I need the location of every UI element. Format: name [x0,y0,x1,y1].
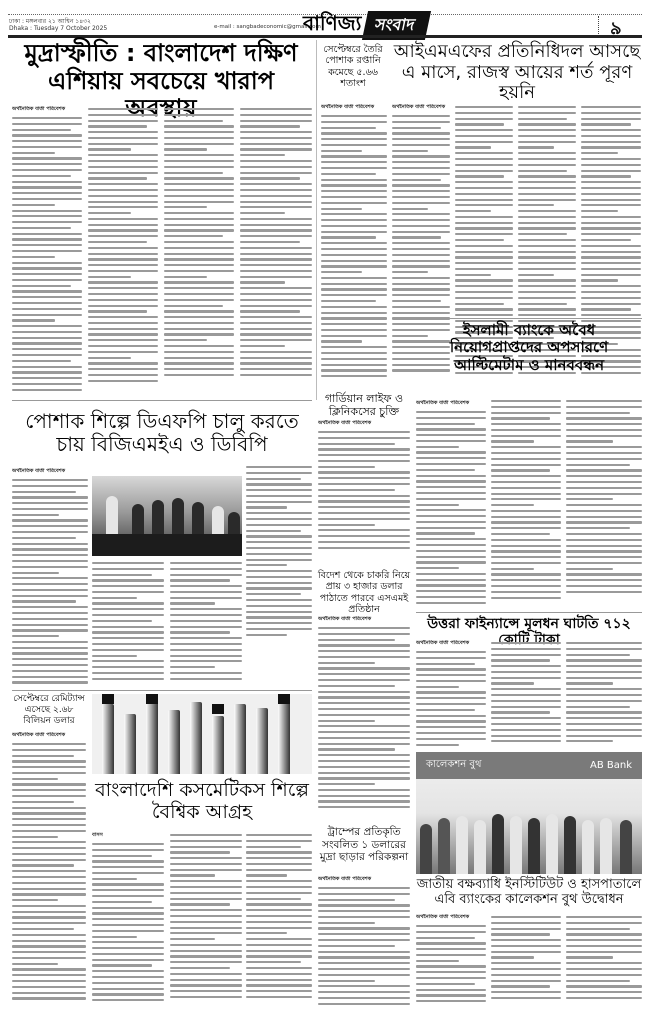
guardian-headline[interactable]: গার্ডিয়ান লাইফ ও ক্লিনিকসের চুক্তি [316,392,412,418]
islami-bank-body-col2 [491,400,561,610]
islami-bank-headline[interactable]: ইসলামী ব্যাংকে অবৈধ নিয়োগপ্রাপ্তদের অপস… [416,322,642,374]
dfp-photo [92,476,242,556]
date-bangla: ঢাকা : মঙ্গলবার ২১ আশ্বিন ১৪৩২ [9,18,107,25]
inflation-body-col3 [164,108,234,396]
garment-exports-byline: অর্থনৈতিক বার্তা পরিবেশক [321,104,387,112]
trump-note-byline: অর্থনৈতিক বার্তা পরিবেশক [318,876,410,884]
remittance-byline: অর্থনৈতিক বার্তা পরিবেশক [12,732,86,740]
ab-bank-headline[interactable]: জাতীয় বক্ষব্যাধি ইনস্টিটিউট ও হাসপাতালে… [416,878,642,908]
ab-bank-body-col3 [566,916,642,1008]
cosmetics-byline: বাসস [92,832,164,840]
islami-bank-body-col3 [566,400,642,610]
ab-bank-photo: কালেকশন বুথ AB Bank [416,752,642,874]
inflation-byline: অর্থনৈতিক বার্তা পরিবেশক [12,106,82,114]
guardian-body: অর্থনৈতিক বার্তা পরিবেশক [318,420,410,550]
section-rule [12,400,312,401]
inflation-body-col1: অর্থনৈতিক বার্তা পরিবেশক [12,106,82,396]
page-number-divider [598,16,599,36]
islami-bank-body-col1: অর্থনৈতিক বার্তা পরিবেশক [416,400,486,610]
cosmetics-body-col2 [170,834,242,1007]
inflation-body-col4 [240,108,312,396]
ab-bank-body-col1: অর্থনৈতিক বার্তা পরিবেশক [416,914,486,1008]
newspaper-logo: বাণিজ্য সংবাদ [303,14,429,36]
cosmetics-photo [92,694,312,774]
dfp-headline[interactable]: পোশাক শিল্পে ডিএফপি চালু করতে চায় বিজিএ… [14,410,310,456]
cosmetics-body-col1: বাসস [92,832,164,1007]
banner-ab-bank-logo: AB Bank [590,760,632,771]
garment-exports-body: অর্থনৈতিক বার্তা পরিবেশক [321,104,387,394]
uttara-body-col2 [491,642,561,748]
dfp-byline: অর্থনৈতিক বার্তা পরিবেশক [12,468,88,476]
section-rule [416,318,642,319]
islami-bank-byline: অর্থনৈতিক বার্তা পরিবেশক [416,400,486,408]
section-rule [416,612,642,613]
dfp-body-col1: অর্থনৈতিক বার্তা পরিবেশক [12,468,88,688]
uttara-body-col3 [566,642,642,748]
date-english: Dhaka : Tuesday 7 October 2025 [9,25,107,32]
sme-byline: অর্থনৈতিক বার্তা পরিবেশক [318,616,410,624]
ab-bank-body-col2 [491,916,561,1008]
imf-byline: অর্থনৈতিক বার্তা পরিবেশক [392,104,450,112]
ab-bank-byline: অর্থনৈতিক বার্তা পরিবেশক [416,914,486,922]
inflation-text [12,117,82,391]
guardian-byline: অর্থনৈতিক বার্তা পরিবেশক [318,420,410,428]
dfp-body-col4 [246,466,312,646]
masthead-bottom-rule [8,35,642,38]
masthead-date: ঢাকা : মঙ্গলবার ২১ আশ্বিন ১৪৩২ Dhaka : T… [9,18,107,32]
uttara-body-col1: অর্থনৈতিক বার্তা পরিবেশক [416,640,486,748]
cosmetics-headline[interactable]: বাংলাদেশি কসমেটিকস শিল্পে বৈশ্বিক আগ্রহ [92,780,312,824]
column-divider [316,40,317,400]
ab-bank-photo-banner: কালেকশন বুথ AB Bank [416,752,642,779]
sme-headline[interactable]: বিদেশ থেকে চাকরি নিয়ে প্রায় ৩ হাজার ডল… [316,570,412,616]
cosmetics-body-col3 [246,834,312,1007]
sme-body: অর্থনৈতিক বার্তা পরিবেশক [318,616,410,816]
garment-exports-headline[interactable]: সেপ্টেম্বরে তৈরি পোশাক রপ্তানি কমেছে ৫.৬… [320,44,386,90]
remittance-headline[interactable]: সেপ্টেম্বরে রেমিট্যান্স এসেছে ২.৬৮ বিলিয… [12,694,86,726]
imf-headline[interactable]: আইএমএফের প্রতিনিধিদল আসছে এ মাসে, রাজস্ব… [392,42,642,104]
section-rule [12,690,312,691]
banner-collection-booth: কালেকশন বুথ [426,757,481,774]
trump-note-headline[interactable]: ট্রাম্পের প্রতিকৃতি সংবলিত ১ ডলারের মুদ্… [316,826,412,864]
inflation-body-col2 [88,108,158,396]
dfp-body-col2 [92,562,164,690]
dfp-body-col3 [170,562,242,690]
remittance-body: অর্থনৈতিক বার্তা পরিবেশক [12,732,86,1002]
trump-note-body: অর্থনৈতিক বার্তা পরিবেশক [318,876,410,1006]
uttara-byline: অর্থনৈতিক বার্তা পরিবেশক [416,640,486,648]
